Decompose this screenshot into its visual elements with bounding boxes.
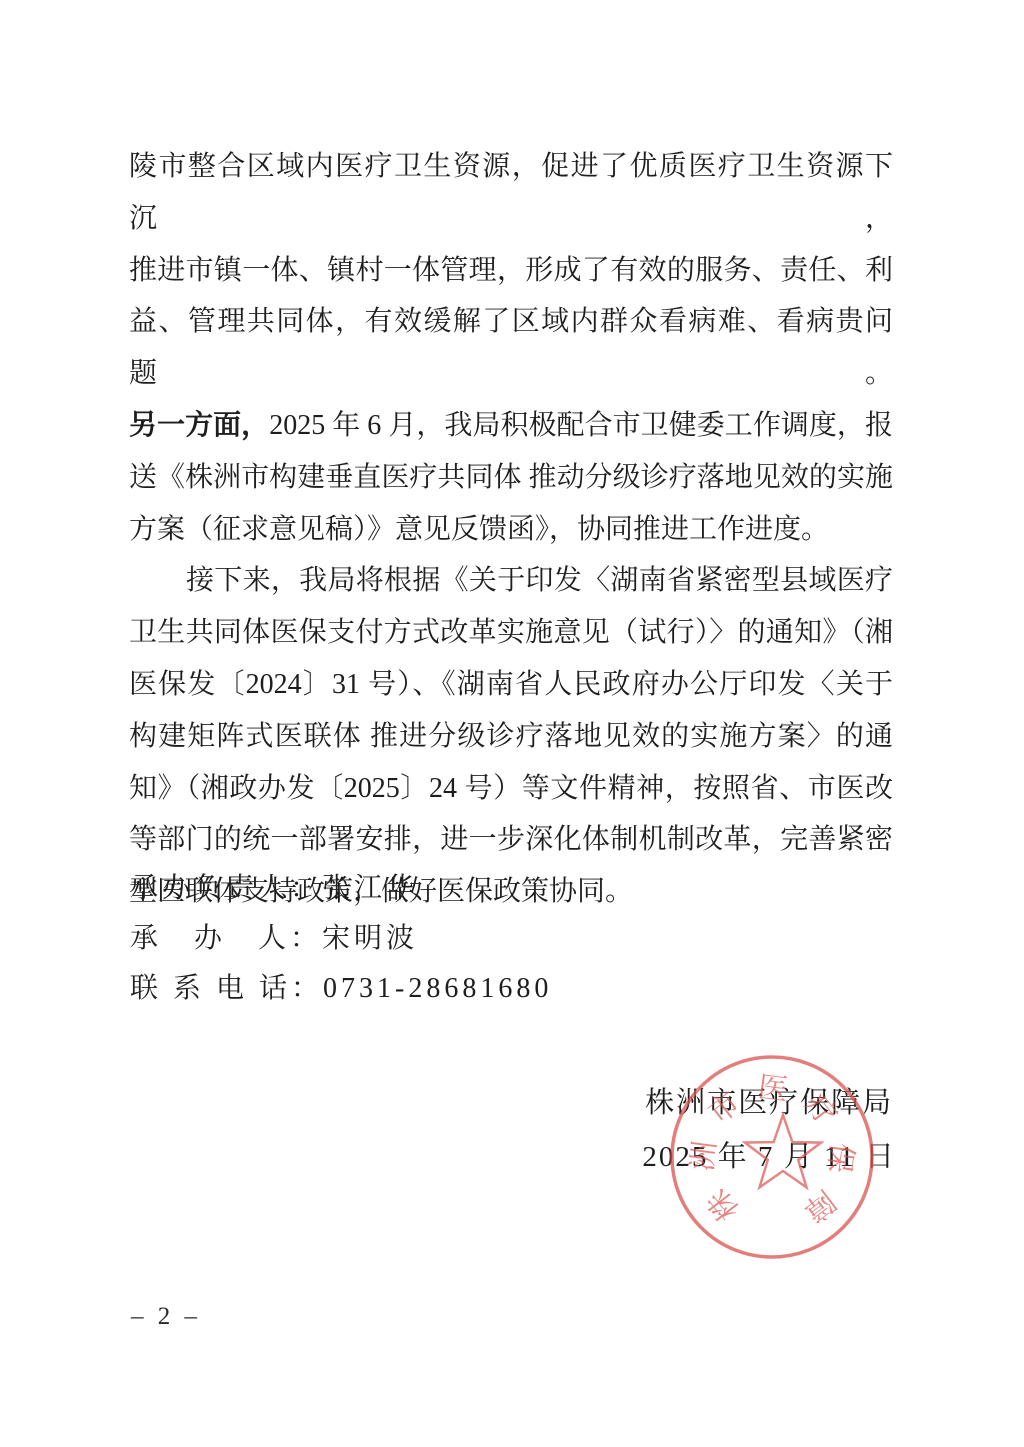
body-line: 接下来，我局将根据《关于印发〈湖南省紧密型县域医疗 <box>129 555 893 607</box>
handler-label: 承办负责人： <box>130 873 322 904</box>
phone-number: 0731-28681680 <box>323 973 552 1004</box>
body-line: 另一方面，2025 年 6 月，我局积极配合市卫健委工作调度，报 <box>129 400 893 452</box>
body-line: 益、管理共同体，有效缓解了区域内群众看病难、看病贵问题。 <box>129 296 893 400</box>
handler-name: 张江华 <box>322 873 418 904</box>
agent-label: 承 办 人： <box>130 923 322 954</box>
agent-row: 承 办 人：宋明波 <box>130 914 552 964</box>
document-page: 陵市整合区域内医疗卫生资源，促进了优质医疗卫生资源下沉， 推进市镇一体、镇村一体… <box>0 0 1024 1447</box>
body-line: 卫生共同体医保支付方式改革实施意见（试行）〉的通知》（湘 <box>129 607 893 659</box>
phone-label: 联 系 电 话： <box>130 973 323 1004</box>
agent-name: 宋明波 <box>322 923 418 954</box>
body-line: 等部门的统一部署安排，进一步深化体制机制改革，完善紧密 <box>129 814 893 866</box>
body-line: 知》（湘政办发〔2025〕24 号）等文件精神，按照省、市医改 <box>129 763 893 815</box>
body-line-text: 2025 年 6 月，我局积极配合市卫健委工作调度，报 <box>269 410 893 441</box>
signature-date: 2025 年 7 月 11 日 <box>642 1130 896 1184</box>
contact-block: 承办负责人：张江华 承 办 人：宋明波 联 系 电 话：0731-2868168… <box>130 864 552 1014</box>
signature-organization: 株洲市医疗保障局 <box>642 1076 896 1130</box>
body-line: 陵市整合区域内医疗卫生资源，促进了优质医疗卫生资源下沉， <box>129 141 893 245</box>
body-line: 构建矩阵式医联体 推进分级诊疗落地见效的实施方案〉的通 <box>129 711 893 763</box>
body-line: 方案（征求意见稿）》意见反馈函》，协同推进工作进度。 <box>129 504 893 556</box>
phone-row: 联 系 电 话：0731-28681680 <box>130 964 552 1014</box>
signature-block: 株洲市医疗保障局 2025 年 7 月 11 日 <box>642 1076 896 1184</box>
emphasis-text: 另一方面， <box>129 410 269 441</box>
body-line: 医保发〔2024〕31 号）、《湖南省人民政府办公厅印发〈关于 <box>129 659 893 711</box>
body-line: 推进市镇一体、镇村一体管理，形成了有效的服务、责任、利 <box>129 245 893 297</box>
handler-row: 承办负责人：张江华 <box>130 864 552 914</box>
page-number: – 2 – <box>131 1303 201 1331</box>
document-body: 陵市整合区域内医疗卫生资源，促进了优质医疗卫生资源下沉， 推进市镇一体、镇村一体… <box>129 141 893 918</box>
body-line: 送《株洲市构建垂直医疗共同体 推动分级诊疗落地见效的实施 <box>129 452 893 504</box>
